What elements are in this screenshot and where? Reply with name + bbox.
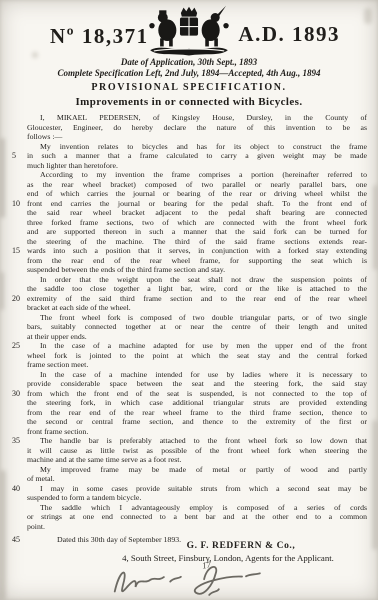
body-line: 30from which the front end of the seat i… [0, 389, 378, 399]
line-text: of metal. [27, 474, 378, 484]
body-line: 35The handle bar is preferably attached … [0, 436, 378, 446]
line-number [0, 123, 27, 133]
line-text: three forked frame sections, two of whic… [27, 218, 378, 228]
body-line: provide considerable space between the s… [0, 379, 378, 389]
body-line: I, MIKAEL PEDERSEN, of Kingsley House, D… [0, 113, 378, 123]
body-line: from the rear end of the rear wheel fram… [0, 256, 378, 266]
line-number: 40 [0, 484, 27, 494]
line-number [0, 474, 27, 484]
line-text: bars, suitably connected together at or … [27, 322, 378, 332]
body-line: the steering of the machine. The third o… [0, 237, 378, 247]
line-number [0, 227, 27, 237]
line-number [0, 218, 27, 228]
line-number [0, 132, 27, 142]
line-number [0, 284, 27, 294]
line-text: I, MIKAEL PEDERSEN, of Kingsley House, D… [27, 113, 378, 123]
body-line: frame section meet. [0, 360, 378, 370]
body-line: the second or central frame section, and… [0, 417, 378, 427]
line-text: provide considerable space between the s… [27, 379, 378, 389]
patent-document-page: Nº 18,371 A.D. 1893 [0, 0, 378, 600]
line-text: the said rear wheel bracket adjacent to … [27, 208, 378, 218]
line-text: end of which carries the journal or bear… [27, 189, 378, 199]
date-lines: Date of Application, 30th Sept., 1893 Co… [0, 57, 378, 79]
line-text: In the case of a machine intended for us… [27, 370, 378, 380]
line-number [0, 275, 27, 285]
body-lines: I, MIKAEL PEDERSEN, of Kingsley House, D… [0, 113, 378, 545]
year-label: A.D. 1893 [238, 22, 340, 47]
body-line: My improved frame may be made of metal o… [0, 465, 378, 475]
line-text: Gloucester, Engineer, do hereby declare … [27, 123, 378, 133]
agent-name: G. F. REDFERN & Co., [0, 541, 378, 551]
line-text: the saddle too close together a light ba… [27, 284, 378, 294]
line-number: 5 [0, 151, 27, 161]
line-text: the second or central frame section, and… [27, 417, 378, 427]
body-line: at their upper ends. [0, 332, 378, 342]
line-text: wards into such a position that it serve… [27, 246, 378, 256]
line-text: wheel fork is jointed to the point at wh… [27, 351, 378, 361]
line-number [0, 237, 27, 247]
line-text: the steering of the machine. The third o… [27, 237, 378, 247]
body-line: bars, suitably connected together at or … [0, 322, 378, 332]
line-text: follows :— [27, 132, 378, 142]
body-line: the saddle too close together a light ba… [0, 284, 378, 294]
line-number [0, 398, 27, 408]
line-number: 25 [0, 341, 27, 351]
line-number [0, 142, 27, 152]
body-line: or strings at one end connected to a ben… [0, 512, 378, 522]
section-heading: PROVISIONAL SPECIFICATION. [0, 82, 378, 93]
body-line: the said rear wheel bracket adjacent to … [0, 208, 378, 218]
body-line: three forked frame sections, two of whic… [0, 218, 378, 228]
line-number: 30 [0, 389, 27, 399]
line-text: as the rear wheel bracket) composed of t… [27, 180, 378, 190]
body-line: wheel fork is jointed to the point at wh… [0, 351, 378, 361]
body-line: In the case of a machine intended for us… [0, 370, 378, 380]
line-number [0, 332, 27, 342]
body-line: follows :— [0, 132, 378, 142]
line-number [0, 503, 27, 513]
line-number: 20 [0, 294, 27, 304]
body-line: bracket at each side of the wheel. [0, 303, 378, 313]
royal-coat-of-arms-icon [139, 4, 239, 60]
body-line: 15wards into such a position that it ser… [0, 246, 378, 256]
body-line: much lighter than heretofore. [0, 161, 378, 171]
line-text: in such a manner that a frame calculated… [27, 151, 378, 161]
line-number [0, 455, 27, 465]
line-number: 10 [0, 199, 27, 209]
body-line: The saddle which I advantageously employ… [0, 503, 378, 513]
line-number [0, 170, 27, 180]
line-number [0, 303, 27, 313]
body-line: 40I may in some cases provide suitable s… [0, 484, 378, 494]
line-text: or strings at one end connected to a ben… [27, 512, 378, 522]
line-text: frame section meet. [27, 360, 378, 370]
body-line: end of which carries the journal or bear… [0, 189, 378, 199]
date-of-application: Date of Application, 30th Sept., 1893 [0, 57, 378, 68]
body-line: point. [0, 522, 378, 532]
body-line: 20extremity of the said third frame sect… [0, 294, 378, 304]
body-line: My invention relates to bicycles and has… [0, 142, 378, 152]
line-text: The front wheel fork is composed of two … [27, 313, 378, 323]
line-text: the steering fork, in which case additio… [27, 398, 378, 408]
line-text: from which the front end of the seat is … [27, 389, 378, 399]
line-number [0, 379, 27, 389]
line-text: front frame section. [27, 427, 378, 437]
body-line: of metal. [0, 474, 378, 484]
body-line: Gloucester, Engineer, do hereby declare … [0, 123, 378, 133]
body-line: as the rear wheel bracket) composed of t… [0, 180, 378, 190]
body-line: suspended to form a tandem bicycle. [0, 493, 378, 503]
line-number: 15 [0, 246, 27, 256]
line-number [0, 351, 27, 361]
line-text: The handle bar is preferably attached to… [27, 436, 378, 446]
line-text: In order that the weight upon the seat s… [27, 275, 378, 285]
body-line: suspended between the ends of the third … [0, 265, 378, 275]
line-number [0, 161, 27, 171]
line-number [0, 370, 27, 380]
line-text: suspended to form a tandem bicycle. [27, 493, 378, 503]
body-line: machine and at the same time serve as a … [0, 455, 378, 465]
body-line: from the rear end of the rear wheel fram… [0, 408, 378, 418]
line-text: I may in some cases provide suitable str… [27, 484, 378, 494]
handwritten-signature-icon [108, 556, 278, 600]
body-line: 25In the case of a machine adapted for u… [0, 341, 378, 351]
line-text: point. [27, 522, 378, 532]
line-text: In the case of a machine adapted for use… [27, 341, 378, 351]
line-number [0, 446, 27, 456]
line-text: front end carries the journal or bearing… [27, 199, 378, 209]
line-number [0, 417, 27, 427]
line-text: extremity of the said third frame sectio… [27, 294, 378, 304]
line-text: from the rear end of the rear wheel fram… [27, 408, 378, 418]
line-number [0, 465, 27, 475]
line-number [0, 512, 27, 522]
line-text: My improved frame may be made of metal o… [27, 465, 378, 475]
line-number [0, 265, 27, 275]
line-number [0, 256, 27, 266]
line-number [0, 180, 27, 190]
line-number [0, 522, 27, 532]
line-text: My invention relates to bicycles and has… [27, 142, 378, 152]
line-text: bracket at each side of the wheel. [27, 303, 378, 313]
line-number: 35 [0, 436, 27, 446]
line-number [0, 208, 27, 218]
body-line: it will cause as little twist as possibl… [0, 446, 378, 456]
line-number [0, 313, 27, 323]
line-text: it will cause as little twist as possibl… [27, 446, 378, 456]
document-title: Improvements in or connected with Bicycl… [0, 96, 378, 108]
patent-number: Nº 18,371 [50, 24, 149, 49]
body-line: 10front end carries the journal or beari… [0, 199, 378, 209]
line-text: and are supported thereon in such a mann… [27, 227, 378, 237]
scan-smudge [364, 8, 372, 24]
body-line: the steering fork, in which case additio… [0, 398, 378, 408]
body-line: and are supported thereon in such a mann… [0, 227, 378, 237]
body-line: According to my invention the frame comp… [0, 170, 378, 180]
line-text: machine and at the same time serve as a … [27, 455, 378, 465]
body-line: The front wheel fork is composed of two … [0, 313, 378, 323]
line-number [0, 493, 27, 503]
line-text: from the rear end of the rear wheel fram… [27, 256, 378, 266]
body-line: 5in such a manner that a frame calculate… [0, 151, 378, 161]
line-number [0, 360, 27, 370]
line-text: According to my invention the frame comp… [27, 170, 378, 180]
line-text: The saddle which I advantageously employ… [27, 503, 378, 513]
line-number [0, 189, 27, 199]
line-number [0, 113, 27, 123]
line-text: at their upper ends. [27, 332, 378, 342]
line-number [0, 427, 27, 437]
line-text: much lighter than heretofore. [27, 161, 378, 171]
complete-specification-date: Complete Specification Left, 2nd July, 1… [0, 68, 378, 79]
body-line: In order that the weight upon the seat s… [0, 275, 378, 285]
body-line: front frame section. [0, 427, 378, 437]
line-number [0, 408, 27, 418]
line-text: suspended between the ends of the third … [27, 265, 378, 275]
line-number [0, 322, 27, 332]
